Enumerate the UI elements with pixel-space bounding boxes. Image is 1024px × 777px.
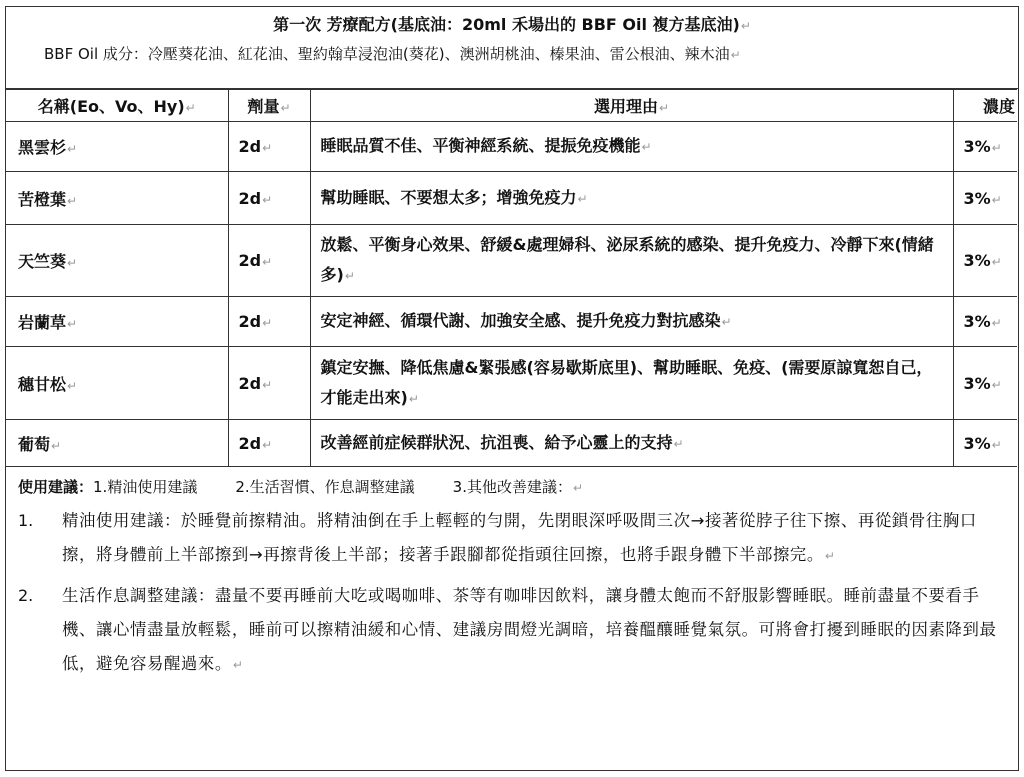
title-section: 第一次 芳療配方(基底油：20ml 禾場出的 BBF Oil 複方基底油)↵ B… [6,7,1018,89]
list-number: 2. [18,579,62,682]
header-name: 名稱(Eo、Vo、Hy)↵ [6,90,228,122]
table-row: 葡萄↵ 2d↵ 改善經前症候群狀況、抗沮喪、給予心靈上的支持↵ 3%↵ [6,420,1017,467]
usage-heading: 使用建議：1.精油使用建議2.生活習慣、作息調整建議3.其他改善建議：↵ [18,477,1008,498]
header-concentration: 濃度 [953,90,1017,122]
cell-reason: 睡眠品質不佳、平衡神經系統、提振免疫機能↵ [310,122,953,172]
paragraph-mark-icon: ↵ [659,101,669,115]
cell-reason: 改善經前症候群狀況、抗沮喪、給予心靈上的支持↵ [310,420,953,467]
recipe-table: 名稱(Eo、Vo、Hy)↵ 劑量↵ 選用理由↵ 濃度 黑雲杉↵ 2d↵ 睡眠品質… [6,89,1017,467]
paragraph-mark-icon: ↵ [186,101,196,115]
table-row: 苦橙葉↵ 2d↵ 幫助睡眠、不要想太多；增強免疫力↵ 3%↵ [6,172,1017,225]
usage-topic: 1.精油使用建議 [93,478,197,496]
usage-item-oil: 1. 精油使用建議：於睡覺前擦精油。將精油倒在手上輕輕的勻開，先閉眼深呼吸間三次… [18,504,1008,573]
table-row: 天竺葵↵ 2d↵ 放鬆、平衡身心效果、舒緩&處理婦科、泌尿系統的感染、提升免疫力… [6,225,1017,297]
cell-dose: 2d↵ [228,297,310,347]
paragraph-mark-icon: ↵ [741,19,751,33]
cell-dose: 2d↵ [228,122,310,172]
base-oil-ingredients: BBF Oil 成分：冷壓葵花油、紅花油、聖約翰草浸泡油(葵花)、澳洲胡桃油、榛… [44,44,1018,65]
ingredients-label: BBF Oil 成分： [44,45,148,63]
cell-name: 天竺葵↵ [6,225,228,297]
recipe-title-text: 第一次 芳療配方(基底油：20ml 禾場出的 BBF Oil 複方基底油) [273,15,740,34]
cell-name: 苦橙葉↵ [6,172,228,225]
usage-suggestions: 使用建議：1.精油使用建議2.生活習慣、作息調整建議3.其他改善建議：↵ 1. … [6,466,1018,770]
usage-topic: 2.生活習慣、作息調整建議 [235,478,414,496]
cell-reason: 幫助睡眠、不要想太多；增強免疫力↵ [310,172,953,225]
cell-name: 岩蘭草↵ [6,297,228,347]
cell-dose: 2d↵ [228,420,310,467]
cell-concentration: 3%↵ [953,172,1017,225]
cell-name: 黑雲杉↵ [6,122,228,172]
table-header-row: 名稱(Eo、Vo、Hy)↵ 劑量↵ 選用理由↵ 濃度 [6,90,1017,122]
cell-concentration: 3%↵ [953,297,1017,347]
cell-name: 葡萄↵ [6,420,228,467]
cell-concentration: 3%↵ [953,420,1017,467]
header-dose: 劑量↵ [228,90,310,122]
usage-item-text: 生活作息調整建議：盡量不要再睡前大吃或喝咖啡、茶等有咖啡因飲料，讓身體太飽而不舒… [62,579,1008,682]
cell-reason: 安定神經、循環代謝、加強安全感、提升免疫力對抗感染↵ [310,297,953,347]
paragraph-mark-icon: ↵ [573,481,583,495]
usage-item-lifestyle: 2. 生活作息調整建議：盡量不要再睡前大吃或喝咖啡、茶等有咖啡因飲料，讓身體太飽… [18,579,1008,682]
paragraph-mark-icon: ↵ [280,101,290,115]
paragraph-mark-icon: ↵ [731,48,741,62]
cell-dose: 2d↵ [228,172,310,225]
ingredients-list: 冷壓葵花油、紅花油、聖約翰草浸泡油(葵花)、澳洲胡桃油、榛果油、雷公根油、辣木油 [148,45,730,63]
document-page: 第一次 芳療配方(基底油：20ml 禾場出的 BBF Oil 複方基底油)↵ B… [0,0,1024,777]
usage-topic: 3.其他改善建議： [453,478,572,496]
cell-reason: 放鬆、平衡身心效果、舒緩&處理婦科、泌尿系統的感染、提升免疫力、冷靜下來(情緒多… [310,225,953,297]
cell-reason: 鎮定安撫、降低焦慮&緊張感(容易歇斯底里)、幫助睡眠、免疫、(需要原諒寬恕自己，… [310,347,953,420]
table-row: 岩蘭草↵ 2d↵ 安定神經、循環代謝、加強安全感、提升免疫力對抗感染↵ 3%↵ [6,297,1017,347]
cell-concentration: 3%↵ [953,225,1017,297]
list-number: 1. [18,504,62,573]
usage-item-text: 精油使用建議：於睡覺前擦精油。將精油倒在手上輕輕的勻開，先閉眼深呼吸間三次→接著… [62,504,1008,573]
usage-label: 使用建議： [18,478,93,496]
table-row: 穗甘松↵ 2d↵ 鎮定安撫、降低焦慮&緊張感(容易歇斯底里)、幫助睡眠、免疫、(… [6,347,1017,420]
cell-name: 穗甘松↵ [6,347,228,420]
recipe-document: 第一次 芳療配方(基底油：20ml 禾場出的 BBF Oil 複方基底油)↵ B… [5,6,1019,771]
cell-concentration: 3%↵ [953,122,1017,172]
cell-dose: 2d↵ [228,225,310,297]
cell-concentration: 3%↵ [953,347,1017,420]
cell-dose: 2d↵ [228,347,310,420]
header-reason: 選用理由↵ [310,90,953,122]
table-row: 黑雲杉↵ 2d↵ 睡眠品質不佳、平衡神經系統、提振免疫機能↵ 3%↵ [6,122,1017,172]
recipe-title: 第一次 芳療配方(基底油：20ml 禾場出的 BBF Oil 複方基底油)↵ [6,15,1018,36]
